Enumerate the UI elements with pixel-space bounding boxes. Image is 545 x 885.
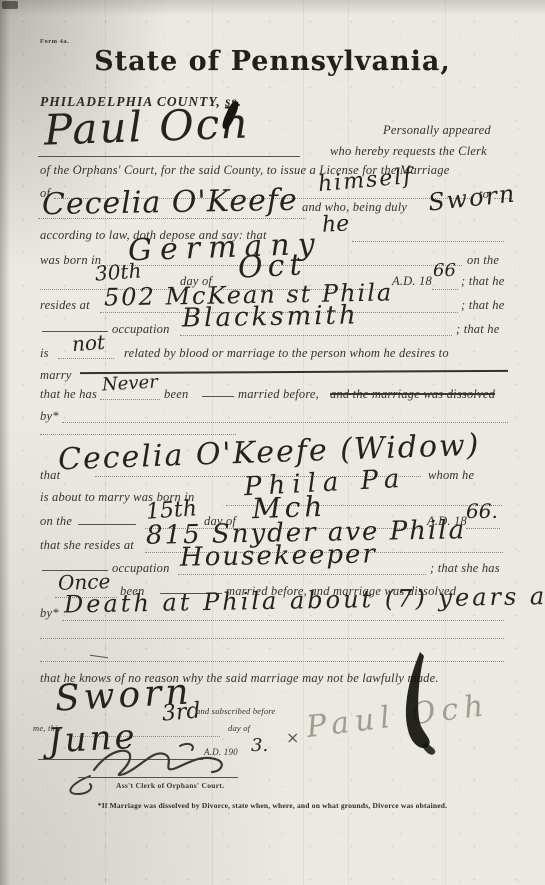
resides-at-label: resides at (40, 298, 90, 313)
never-handwriting: Never (102, 374, 159, 395)
clerk-title-label: Ass't Clerk of Orphans' Court. (116, 781, 224, 790)
rule (202, 396, 234, 397)
scan-corner-mark (2, 1, 18, 9)
form-number: Form 4a. (40, 38, 69, 45)
bride-name-handwriting: Cecelia O'Keefe (42, 186, 298, 220)
rule (78, 777, 238, 778)
bride-birth-year-handwriting: 66. (466, 501, 498, 521)
groom-occupation-handwriting: Blacksmith (182, 302, 359, 331)
that-he-label: ; that he (456, 322, 499, 337)
groom-birth-day-handwriting: 30th (94, 260, 142, 283)
been-label: been (164, 387, 188, 402)
not-handwriting: not (71, 332, 105, 354)
by-label: by* (40, 606, 59, 621)
sworn-handwriting: Sworn (427, 181, 517, 214)
signature-x-mark: × (286, 730, 299, 746)
rule (432, 289, 458, 290)
on-the-label: on the (40, 514, 72, 529)
whom-he-label: whom he (428, 468, 474, 483)
ad-18-label: A.D. 18 (392, 274, 432, 289)
that-he-label: ; that he (461, 274, 504, 289)
bride-occupation-handwriting: Housekeeper (180, 541, 377, 570)
rule (62, 422, 508, 423)
scanned-marriage-license-document: Form 4a. State of Pennsylvania, PHILADEL… (0, 0, 545, 885)
rule (38, 218, 306, 219)
he-handwriting: he (321, 213, 349, 236)
groom-birth-month-handwriting: Oct (237, 250, 307, 284)
dissolution-handwriting: Death at Phila about (7) years ago (64, 583, 545, 616)
rule (40, 434, 236, 435)
related-line: related by blood or marriage to the pers… (124, 346, 449, 361)
rule (78, 524, 136, 525)
groom-name-handwriting: Paul Och (43, 102, 251, 151)
on-the-label: on the (467, 253, 499, 268)
divorce-footnote: *If Marriage was dissolved by Divorce, s… (0, 801, 545, 810)
and-who-label: and who, being duly (302, 200, 407, 215)
personally-appeared-label: Personally appeared (383, 123, 491, 138)
rule (38, 156, 300, 157)
struck-dissolved-text: and the marriage was dissolved (330, 387, 495, 402)
was-born-in-label: was born in (40, 253, 101, 268)
day-of-label: day of (228, 723, 250, 733)
rule (466, 528, 500, 529)
that-he-has-label: that he has (40, 387, 97, 402)
rule (180, 335, 452, 336)
occupation-label: occupation (112, 561, 170, 576)
that-he-label: ; that he (461, 298, 504, 313)
page-title: State of Pennsylvania, (0, 46, 545, 77)
himself-handwriting: himself (317, 166, 414, 196)
that-she-has-label: ; that she has (430, 561, 500, 576)
she-resides-label: that she resides at (40, 538, 134, 553)
ink-blot (390, 650, 442, 760)
marry-label: marry (40, 368, 72, 383)
sworn-day-handwriting: 3rd (161, 700, 201, 725)
is-label: is (40, 346, 49, 361)
by-label: by* (40, 409, 59, 424)
occupation-label: occupation (112, 322, 170, 337)
rule (62, 620, 504, 621)
bride-full-name-handwriting: Cecelia O'Keefe (Widow) (58, 431, 481, 476)
groom-birth-year-handwriting: 66 (433, 262, 456, 280)
rule (178, 574, 426, 575)
rule (352, 241, 504, 242)
requests-clerk-label: who hereby requests the Clerk (330, 144, 487, 159)
rule (58, 358, 114, 359)
subscribed-before-label: and subscribed before (196, 706, 275, 716)
married-before-label: married before, (238, 387, 319, 402)
that-label: that (40, 468, 60, 483)
rule (100, 399, 160, 400)
rule (40, 638, 504, 639)
